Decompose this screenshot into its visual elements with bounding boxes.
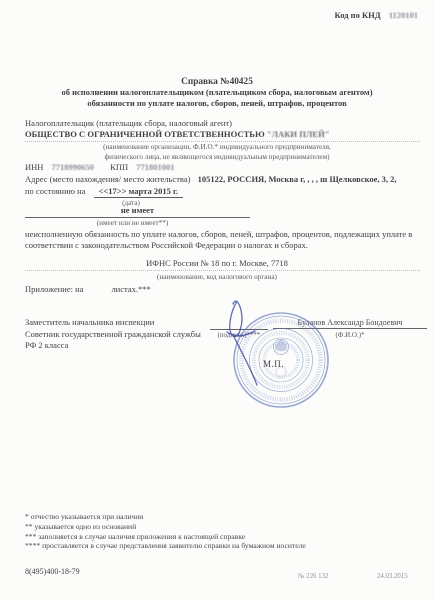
taxpayer-label: Налогоплательщик (плательщик сбора, нало… bbox=[25, 119, 232, 129]
status-caption: (имеет или не имеет**) bbox=[25, 219, 240, 227]
authority-caption: (наименование, код налогового органа) bbox=[0, 273, 434, 281]
address-row: Адрес (место нахождения/ место жительств… bbox=[25, 175, 397, 185]
signer-title-3: РФ 2 класса bbox=[25, 341, 68, 351]
document-page: Код по КНД 1120101 Справка №40425 об исп… bbox=[0, 0, 434, 600]
footnote-1: * отчество указывается при наличии bbox=[25, 513, 143, 522]
as-of-value: <<17>> марта 2015 г. bbox=[94, 186, 183, 198]
org-name-quoted: "ЛАКИ ПЛЕЙ" bbox=[267, 129, 330, 139]
org-name-prefix: ОБЩЕСТВО С ОГРАНИЧЕННОЙ ОТВЕТСТВЕННОСТЬЮ bbox=[25, 129, 267, 139]
doc-subtitle-1: об исполнении налогоплательщиком (плател… bbox=[0, 88, 434, 98]
as-of-row: по состоянию на <<17>> марта 2015 г. bbox=[25, 187, 183, 197]
status-underline bbox=[25, 217, 250, 218]
body-line-1: неисполненную обязанность по уплате нало… bbox=[25, 230, 412, 240]
inn-kpp-row: ИНН 7718990650 КПП 771801001 bbox=[25, 163, 175, 173]
org-caption-2: физического лица, не являющегося индивид… bbox=[0, 153, 434, 161]
signer-title-2: Советник государственной гражданской слу… bbox=[25, 330, 201, 340]
org-name-underline bbox=[25, 141, 420, 142]
handwritten-signature bbox=[220, 295, 280, 395]
footnote-2: ** указывается одно из оснований bbox=[25, 523, 136, 532]
attachment-row: Приложение: налистах.*** bbox=[25, 285, 151, 295]
authority-name: ИФНС России № 18 по г. Москве, 7718 bbox=[0, 259, 434, 269]
footnote-3: *** заполняется в случае наличия приложе… bbox=[25, 533, 245, 542]
doc-subtitle-2: обязанности по уплате налогов, сборов, п… bbox=[0, 99, 434, 109]
org-name: ОБЩЕСТВО С ОГРАНИЧЕННОЙ ОТВЕТСТВЕННОСТЬЮ… bbox=[25, 130, 330, 140]
kpp-value: 771801001 bbox=[136, 162, 174, 172]
knd-label: Код по КНД bbox=[335, 10, 381, 20]
knd-code-row: Код по КНД 1120101 bbox=[335, 11, 418, 21]
as-of-label: по состоянию на bbox=[25, 186, 85, 196]
kpp-label: КПП bbox=[110, 162, 128, 172]
authority-underline bbox=[25, 270, 420, 271]
attachment-suffix: листах.*** bbox=[111, 284, 150, 294]
org-caption-1: (наименование организации, Ф.И.О.* индив… bbox=[0, 143, 434, 151]
signer-title-1: Заместитель начальника инспекции bbox=[25, 318, 154, 328]
address-label: Адрес (место нахождения/ место жительств… bbox=[25, 174, 190, 184]
attachment-prefix: Приложение: на bbox=[25, 284, 83, 294]
inn-value: 7718990650 bbox=[52, 162, 95, 172]
body-line-2: соответствии с законодательством Российс… bbox=[25, 241, 308, 251]
footer-phone: 8(495)400-18-79 bbox=[25, 567, 80, 576]
status-value: не имеет bbox=[25, 206, 250, 216]
knd-value: 1120101 bbox=[389, 10, 418, 20]
inn-label: ИНН bbox=[25, 162, 43, 172]
address-value: 105122, РОССИЯ, Москва г, , , , ш Щелков… bbox=[198, 174, 397, 184]
footer-doc-number: № 226 132 bbox=[298, 573, 328, 581]
footnote-4: **** проставляется в случае представлени… bbox=[25, 542, 306, 551]
footer-print-date: 24.03.2015 bbox=[377, 573, 408, 581]
